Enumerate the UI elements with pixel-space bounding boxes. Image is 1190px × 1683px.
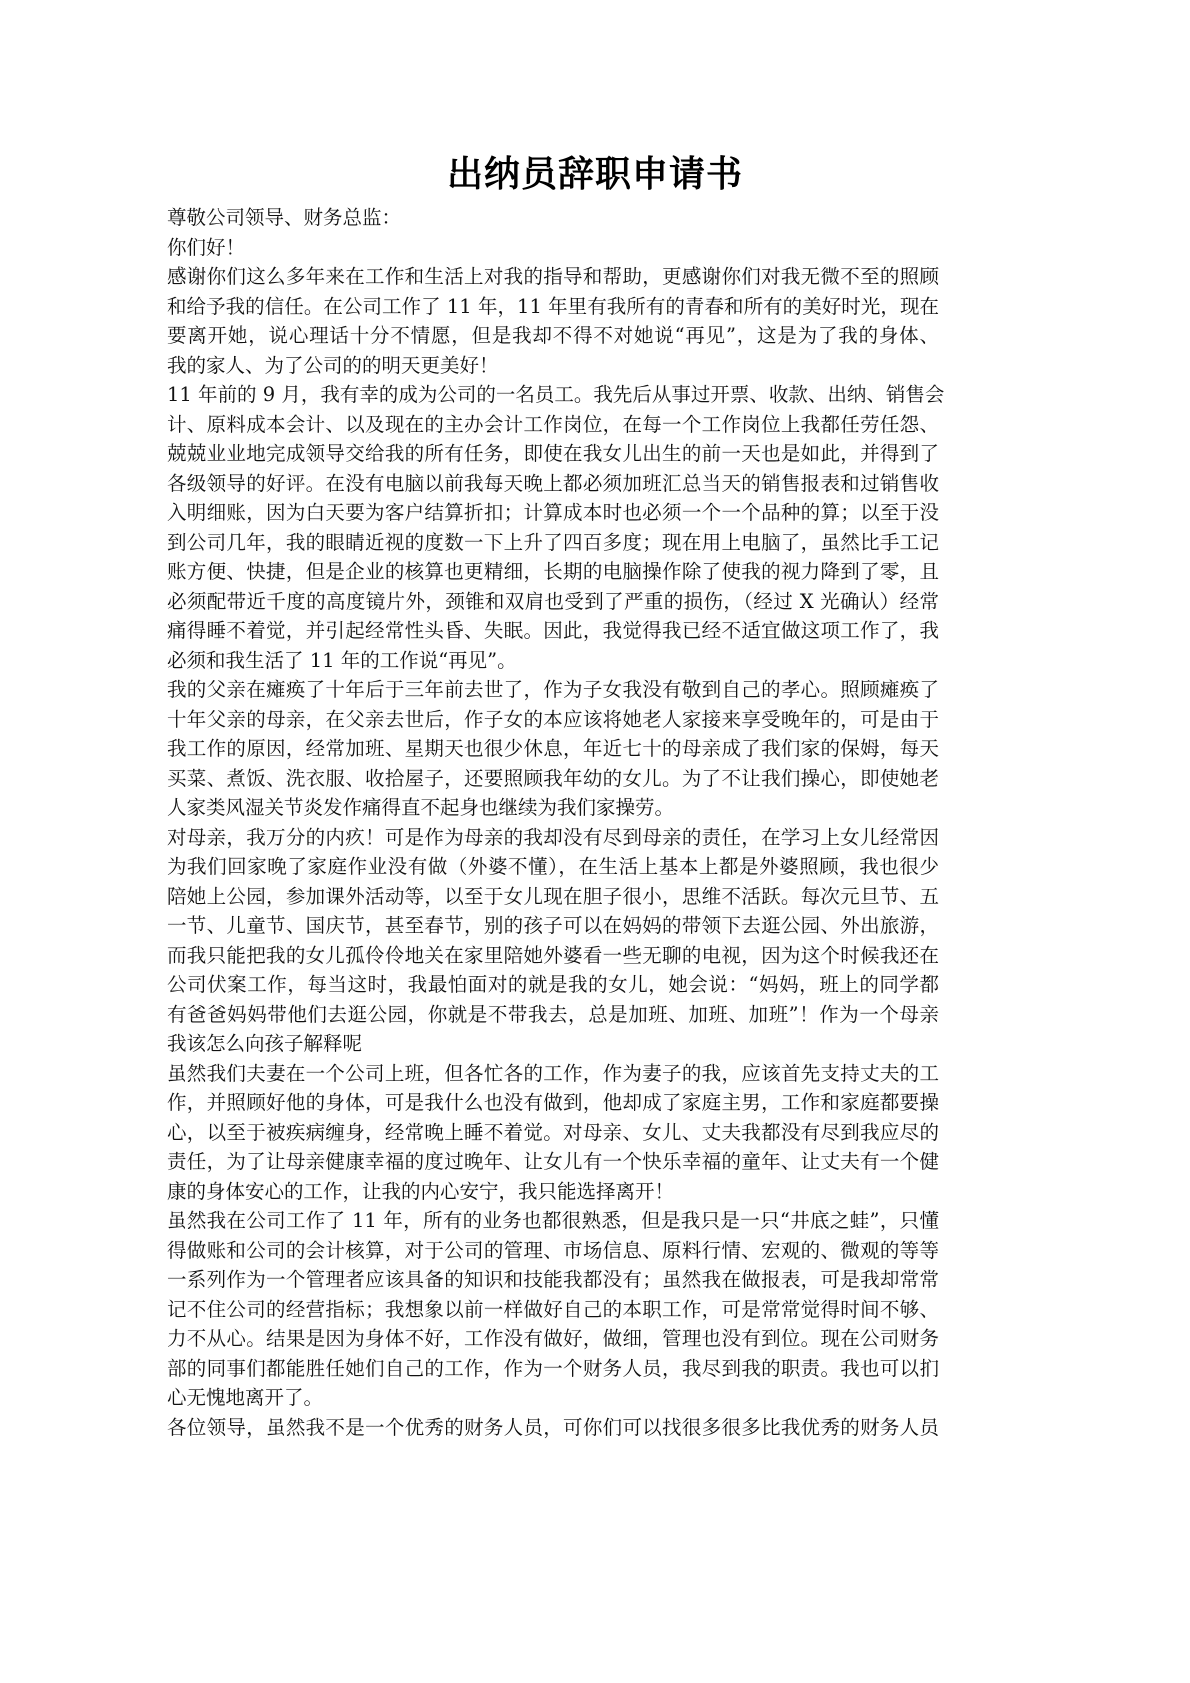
body-text-line: 入明细账，因为白天要为客户结算折扣；计算成本时也必须一个一个品种的算；以至于没 [167, 498, 939, 528]
body-text-line: 为我们回家晚了家庭作业没有做（外婆不懂），在生活上基本上都是外婆照顾，我也很少 [167, 852, 939, 882]
body-text-line: 和给予我的信任。在公司工作了 11 年，11 年里有我所有的青春和所有的美好时光… [167, 292, 939, 322]
body-text-line: 要离开她，说心理话十分不情愿，但是我却不得不对她说“再见”，这是为了我的身体、 [167, 321, 939, 351]
body-text-line: 一节、儿童节、国庆节，甚至春节，别的孩子可以在妈妈的带领下去逛公园、外出旅游， [167, 911, 939, 941]
body-text-line: 一系列作为一个管理者应该具备的知识和技能我都没有；虽然我在做报表，可是我却常常 [167, 1265, 939, 1295]
body-text-line: 买菜、煮饭、洗衣服、收拾屋子，还要照顾我年幼的女儿。为了不让我们操心，即使她老 [167, 764, 939, 794]
body-text-line: 各级领导的好评。在没有电脑以前我每天晚上都必须加班汇总当天的销售报表和过销售收 [167, 469, 939, 499]
body-text-line: 而我只能把我的女儿孤伶伶地关在家里陪她外婆看一些无聊的电视，因为这个时候我还在 [167, 941, 939, 971]
body-text-line: 心无愧地离开了。 [167, 1383, 939, 1413]
body-text-line: 心，以至于被疾病缠身，经常晚上睡不着觉。对母亲、女儿、丈夫我都没有尽到我应尽的 [167, 1118, 939, 1148]
body-text-line: 我该怎么向孩子解释呢 [167, 1029, 939, 1059]
body-text-line: 感谢你们这么多年来在工作和生活上对我的指导和帮助，更感谢你们对我无微不至的照顾 [167, 262, 939, 292]
body-text-line: 必须配带近千度的高度镜片外，颈锥和双肩也受到了严重的损伤，（经过 X 光确认）经… [167, 587, 939, 617]
document-body: 尊敬公司领导、财务总监：你们好！感谢你们这么多年来在工作和生活上对我的指导和帮助… [167, 203, 947, 1442]
body-text-line: 得做账和公司的会计核算，对于公司的管理、市场信息、原料行情、宏观的、微观的等等 [167, 1236, 939, 1266]
body-text-line: 责任，为了让母亲健康幸福的度过晚年、让女儿有一个快乐幸福的童年、让丈夫有一个健 [167, 1147, 939, 1177]
document-title: 出纳员辞职申请书 [0, 150, 1190, 200]
body-text-line: 尊敬公司领导、财务总监： [167, 203, 939, 233]
body-text-line: 记不住公司的经营指标；我想象以前一样做好自己的本职工作，可是常常觉得时间不够、 [167, 1295, 939, 1325]
body-text-line: 人家类风湿关节炎发作痛得直不起身也继续为我们家操劳。 [167, 793, 939, 823]
body-text-line: 力不从心。结果是因为身体不好，工作没有做好，做细，管理也没有到位。现在公司财务 [167, 1324, 939, 1354]
body-text-line: 11 年前的 9 月，我有幸的成为公司的一名员工。我先后从事过开票、收款、出纳、… [167, 380, 939, 410]
body-text-line: 我的父亲在瘫痪了十年后于三年前去世了，作为子女我没有敬到自己的孝心。照顾瘫痪了 [167, 675, 939, 705]
body-text-line: 兢兢业业地完成领导交给我的所有任务，即使在我女儿出生的前一天也是如此，并得到了 [167, 439, 939, 469]
body-text-line: 痛得睡不着觉，并引起经常性头昏、失眠。因此，我觉得我已经不适宜做这项工作了，我 [167, 616, 939, 646]
body-text-line: 账方便、快捷，但是企业的核算也更精细，长期的电脑操作除了使我的视力降到了零，且 [167, 557, 939, 587]
body-text-line: 陪她上公园，参加课外活动等，以至于女儿现在胆子很小，思维不活跃。每次元旦节、五 [167, 882, 939, 912]
document-page: 出纳员辞职申请书 尊敬公司领导、财务总监：你们好！感谢你们这么多年来在工作和生活… [0, 0, 1190, 1683]
body-text-line: 康的身体安心的工作，让我的内心安宁，我只能选择离开！ [167, 1177, 939, 1207]
body-text-line: 有爸爸妈妈带他们去逛公园，你就是不带我去，总是加班、加班、加班”！作为一个母亲 [167, 1000, 939, 1030]
body-text-line: 部的同事们都能胜任她们自己的工作，作为一个财务人员，我尽到我的职责。我也可以扪 [167, 1354, 939, 1384]
body-text-line: 作，并照顾好他的身体，可是我什么也没有做到，他却成了家庭主男，工作和家庭都要操 [167, 1088, 939, 1118]
body-text-line: 必须和我生活了 11 年的工作说“再见”。 [167, 646, 939, 676]
body-text-line: 虽然我在公司工作了 11 年，所有的业务也都很熟悉，但是我只是一只“井底之蛙”，… [167, 1206, 939, 1236]
body-text-line: 十年父亲的母亲，在父亲去世后，作子女的本应该将她老人家接来享受晚年的，可是由于 [167, 705, 939, 735]
body-text-line: 计、原料成本会计、以及现在的主办会计工作岗位，在每一个工作岗位上我都任劳任怨、 [167, 410, 939, 440]
body-text-line: 虽然我们夫妻在一个公司上班，但各忙各的工作，作为妻子的我，应该首先支持丈夫的工 [167, 1059, 939, 1089]
body-text-line: 对母亲，我万分的内疚！可是作为母亲的我却没有尽到母亲的责任，在学习上女儿经常因 [167, 823, 939, 853]
body-text-line: 你们好！ [167, 233, 939, 263]
body-text-line: 我工作的原因，经常加班、星期天也很少休息，年近七十的母亲成了我们家的保姆，每天 [167, 734, 939, 764]
body-text-line: 我的家人、为了公司的的明天更美好！ [167, 351, 939, 381]
body-text-line: 各位领导，虽然我不是一个优秀的财务人员，可你们可以找很多很多比我优秀的财务人员 [167, 1413, 939, 1443]
body-text-line: 到公司几年，我的眼睛近视的度数一下上升了四百多度；现在用上电脑了，虽然比手工记 [167, 528, 939, 558]
body-text-line: 公司伏案工作，每当这时，我最怕面对的就是我的女儿，她会说：“妈妈，班上的同学都 [167, 970, 939, 1000]
